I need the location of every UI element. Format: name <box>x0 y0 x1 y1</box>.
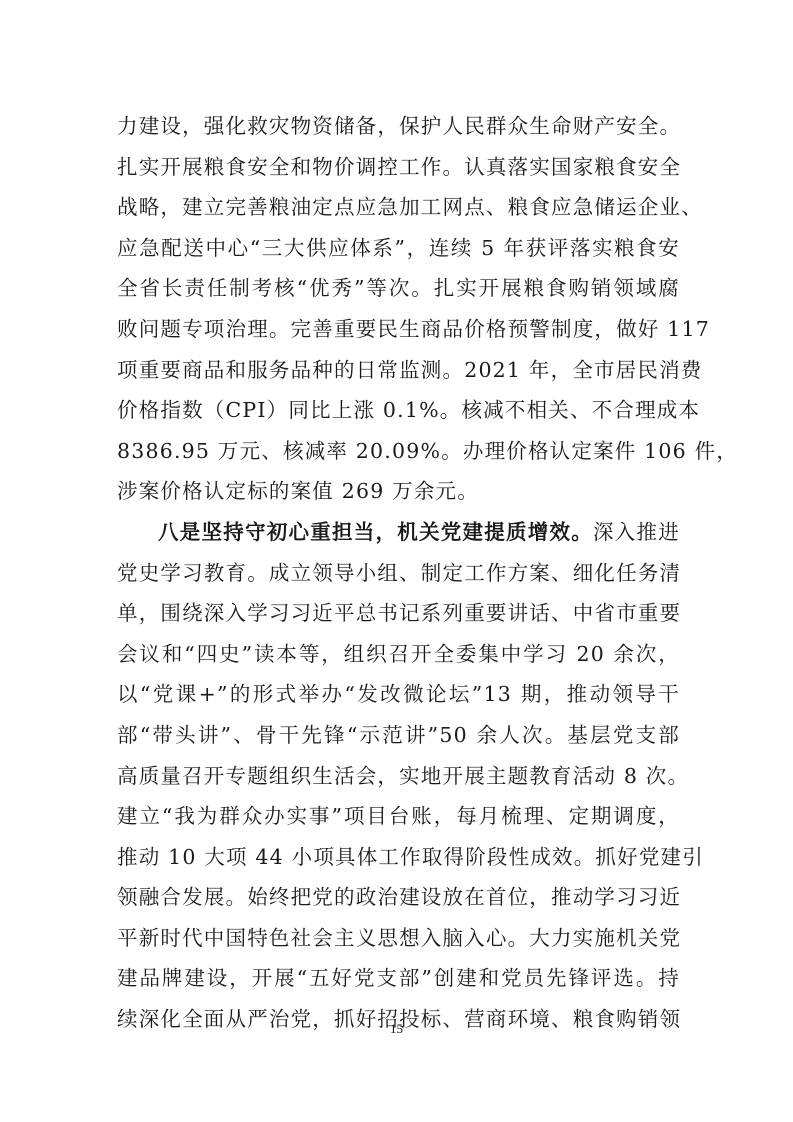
text-line: 领融合发展。始终把党的政治建设放在首位，推动学习习近 <box>117 877 680 918</box>
text-line: 建品牌建设，开展“五好党支部”创建和党员先锋评选。持 <box>117 958 680 999</box>
text-line: 平新时代中国特色社会主义思想入脑入心。大力实施机关党 <box>117 918 680 959</box>
text-line: 战略，建立完善粮油定点应急加工网点、粮食应急储运企业、 <box>117 187 680 228</box>
text-line: 高质量召开专题组织生活会，实地开展主题教育活动 8 次。 <box>117 756 680 797</box>
text-line: 8386.95 万元、核减率 20.09%。办理价格认定案件 106 件， <box>117 431 680 472</box>
section-8-first-line: 八是坚持守初心重担当，机关党建提质增效。深入推进 <box>117 512 680 553</box>
text-line: 力建设，强化救灾物资储备，保护人民群众生命财产安全。 <box>117 106 680 147</box>
section-8-heading: 八是坚持守初心重担当，机关党建提质增效。 <box>158 520 593 544</box>
text-line: 单，围绕深入学习习近平总书记系列重要讲话、中省市重要 <box>117 593 680 634</box>
section-8-first-line-rest: 深入推进 <box>593 520 680 544</box>
text-line: 项重要商品和服务品种的日常监测。2021 年，全市居民消费 <box>117 350 680 391</box>
document-page: 力建设，强化救灾物资储备，保护人民群众生命财产安全。 扎实开展粮食安全和物价调控… <box>0 0 793 1122</box>
text-line: 扎实开展粮食安全和物价调控工作。认真落实国家粮食安全 <box>117 147 680 188</box>
text-line: 部“带头讲”、骨干先锋“示范讲”50 余人次。基层党支部 <box>117 715 680 756</box>
text-line: 败问题专项治理。完善重要民生商品价格预警制度，做好 117 <box>117 309 680 350</box>
text-line: 党史学习教育。成立领导小组、制定工作方案、细化任务清 <box>117 553 680 594</box>
text-line: 推动 10 大项 44 小项具体工作取得阶段性成效。抓好党建引 <box>117 837 680 878</box>
text-line: 建立“我为群众办实事”项目台账，每月梳理、定期调度， <box>117 796 680 837</box>
text-line: 价格指数（CPI）同比上涨 0.1%。核减不相关、不合理成本 <box>117 390 680 431</box>
text-line: 全省长责任制考核“优秀”等次。扎实开展粮食购销领域腐 <box>117 268 680 309</box>
document-body: 力建设，强化救灾物资储备，保护人民群众生命财产安全。 扎实开展粮食安全和物价调控… <box>117 106 680 1040</box>
text-line: 涉案价格认定标的案值 269 万余元。 <box>117 471 680 512</box>
page-number: 15 <box>0 1021 793 1037</box>
text-line: 以“党课+”的形式举办“发改微论坛”13 期，推动领导干 <box>117 674 680 715</box>
text-line: 会议和“四史”读本等，组织召开全委集中学习 20 余次， <box>117 634 680 675</box>
text-line: 应急配送中心“三大供应体系”，连续 5 年获评落实粮食安 <box>117 228 680 269</box>
